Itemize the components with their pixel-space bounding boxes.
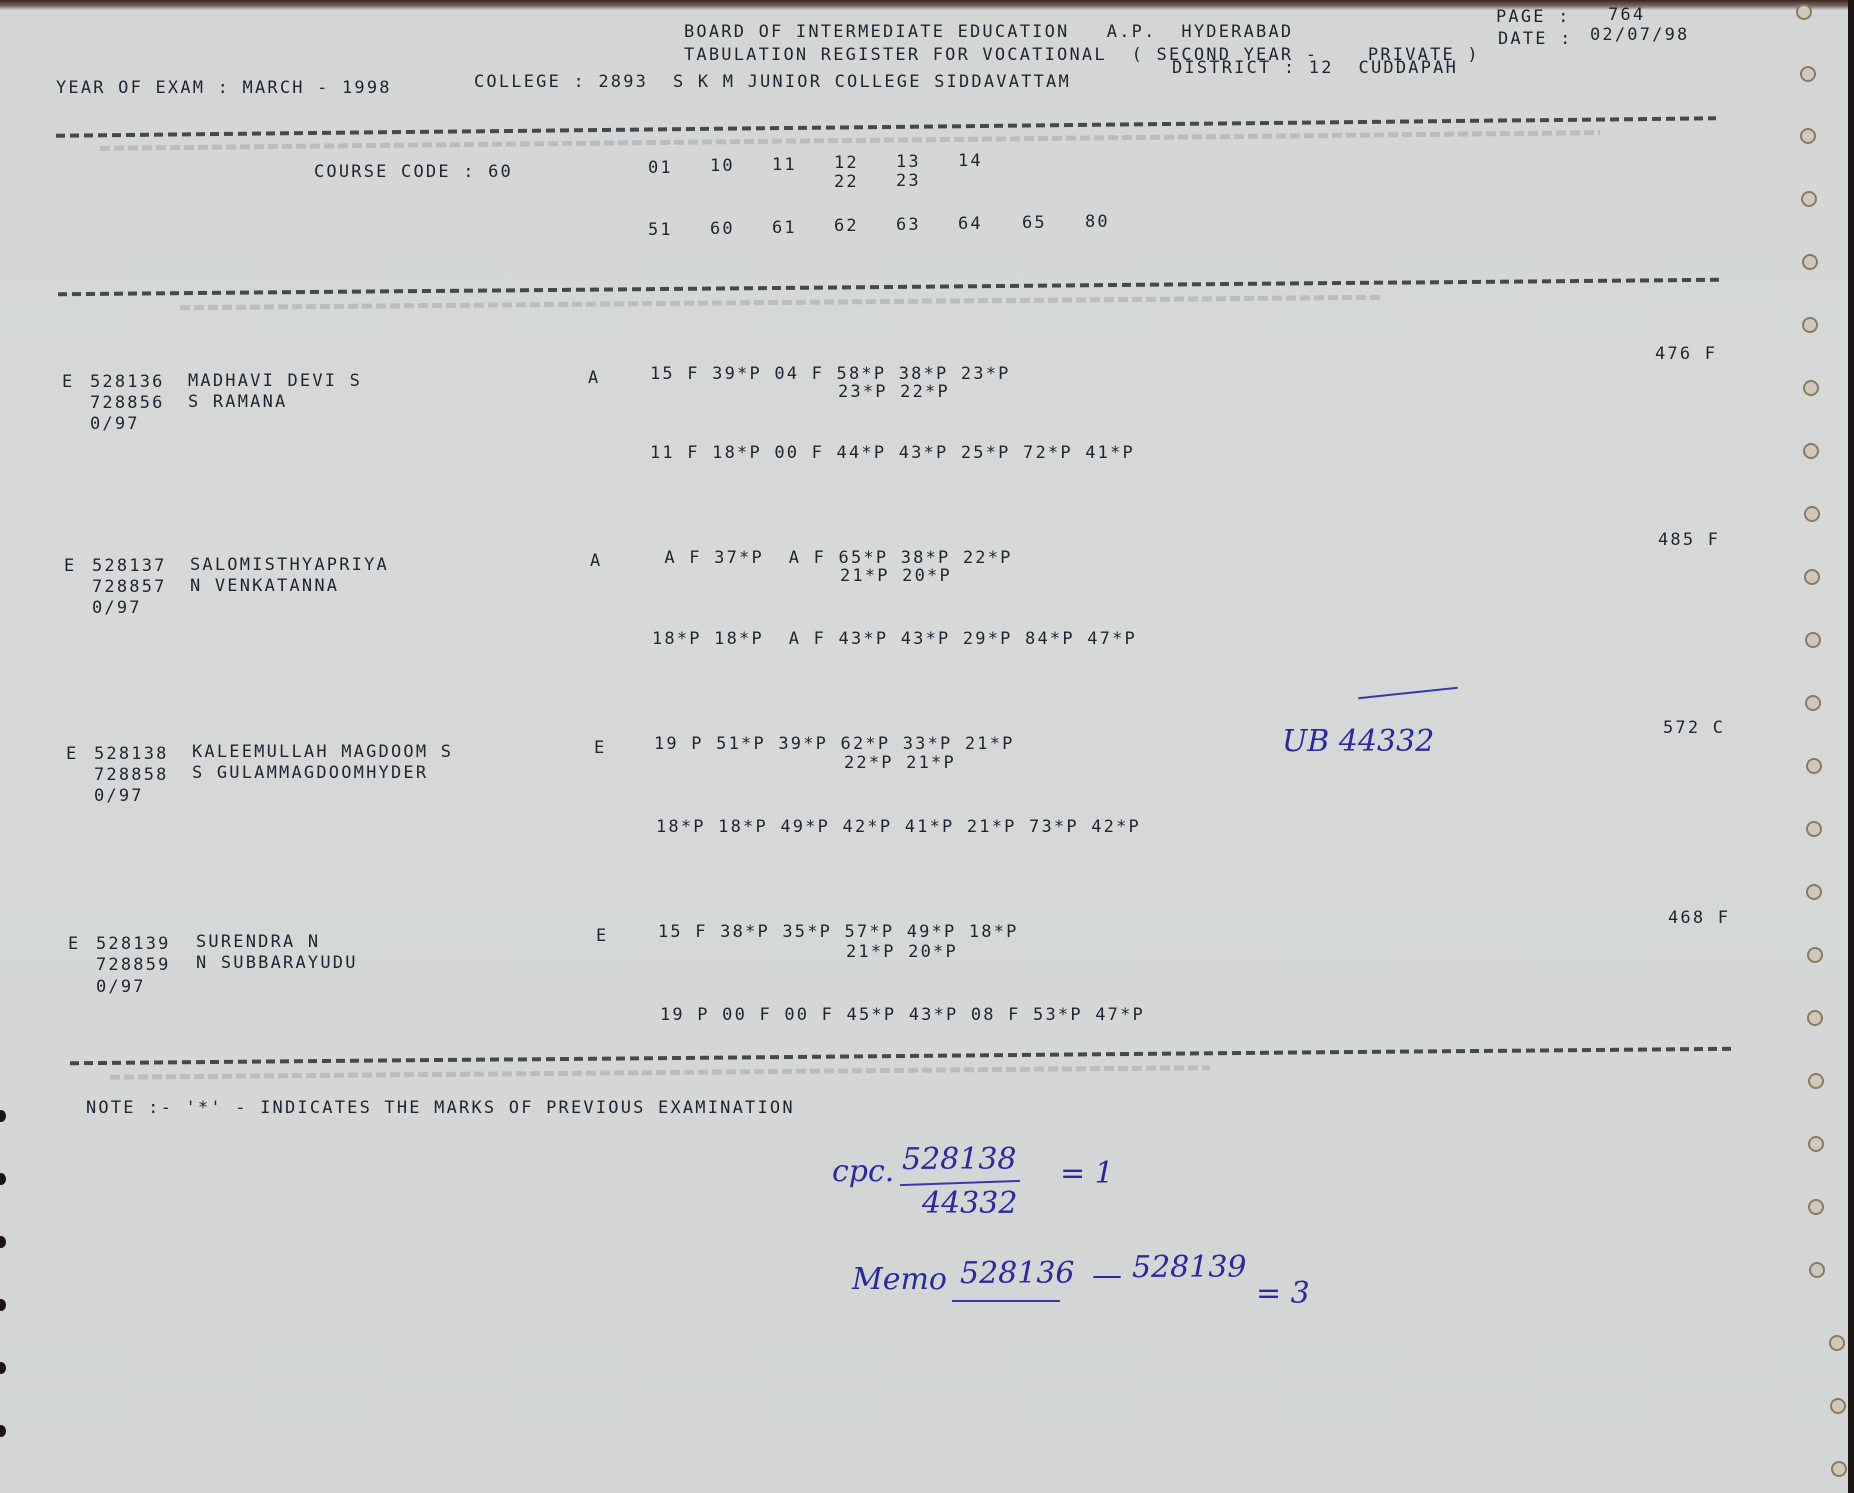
perforation-hole — [1830, 1398, 1846, 1414]
perforation-hole — [1806, 758, 1822, 774]
handwritten-cpc-numerator: 528138 — [902, 1142, 1017, 1177]
code: 80 — [1085, 212, 1110, 232]
code: 64 — [958, 214, 983, 234]
paper-top-edge — [0, 0, 1854, 10]
college-info: COLLEGE : 2893 S K M JUNIOR COLLEGE SIDD… — [474, 72, 1071, 92]
code-sub: 23 — [896, 171, 921, 191]
marks-row1-sub: 21*P 20*P — [846, 942, 958, 962]
total-result: 572 C — [1663, 718, 1725, 738]
edge-hole — [0, 1299, 6, 1311]
edge-hole — [0, 1362, 6, 1374]
year-of-exam: YEAR OF EXAM : MARCH - 1998 — [56, 78, 392, 98]
edge-hole — [0, 1425, 6, 1437]
perforation-hole — [1796, 4, 1812, 20]
perforation-hole — [1804, 569, 1820, 585]
student-name: SALOMISTHYAPRIYA — [190, 555, 389, 575]
perforation-hole — [1805, 695, 1821, 711]
handwritten-memo-label: Memo — [852, 1262, 947, 1297]
perforation-hole — [1808, 1073, 1824, 1089]
perforation-hole — [1804, 506, 1820, 522]
marks-row1: 15 F 39*P 04 F 58*P 38*P 23*P — [650, 364, 1011, 384]
code-sub: 22 — [834, 172, 859, 192]
date-label: DATE : — [1498, 29, 1573, 49]
marks-row2: 11 F 18*P 00 F 44*P 43*P 25*P 72*P 41*P — [650, 443, 1135, 463]
district-info: DISTRICT : 12 CUDDAPAH — [1172, 58, 1458, 78]
ghost-print — [180, 295, 1380, 310]
handwritten-ub-number: UB 44332 — [1282, 724, 1434, 759]
perforation-hole — [1802, 317, 1818, 333]
code: 51 — [648, 220, 673, 240]
handwritten-cpc-denominator: 44332 — [922, 1186, 1017, 1221]
page-label: PAGE : — [1496, 7, 1571, 27]
code: 65 — [1022, 213, 1047, 233]
parent-name: N VENKATANNA — [190, 576, 339, 596]
code: 10 — [710, 156, 735, 176]
separator-course — [58, 278, 1720, 297]
perforation-hole — [1829, 1335, 1845, 1351]
perforation-hole — [1800, 128, 1816, 144]
code: 61 — [772, 218, 797, 238]
perforation-hole — [1809, 1262, 1825, 1278]
course-code-label: COURSE CODE : 60 — [314, 162, 513, 182]
marks-row2: 18*P 18*P 49*P 42*P 41*P 21*P 73*P 42*P — [656, 817, 1141, 837]
code: 01 — [648, 158, 673, 178]
record-prefix: E — [66, 744, 78, 764]
grade: A — [588, 368, 600, 388]
code: 14 — [958, 151, 983, 171]
student-name: SURENDRA N — [196, 932, 320, 952]
print-date: 02/07/98 — [1590, 25, 1689, 45]
marks-row1: A F 37*P A F 65*P 38*P 22*P — [652, 548, 1013, 568]
perforation-hole — [1806, 821, 1822, 837]
student-name: MADHAVI DEVI S — [188, 371, 362, 391]
secondary-id: 728857 — [92, 577, 167, 597]
marks-row1-sub: 21*P 20*P — [840, 566, 952, 586]
perforation-hole — [1801, 191, 1817, 207]
handwritten-memo-result: = 3 — [1256, 1276, 1310, 1311]
roll-number: 528137 — [92, 556, 167, 576]
record-prefix: E — [64, 556, 76, 576]
roll-number: 528136 — [90, 372, 165, 392]
batch: 0/97 — [94, 786, 144, 806]
code: 62 — [834, 216, 859, 236]
perforation-hole — [1805, 632, 1821, 648]
marks-row1: 15 F 38*P 35*P 57*P 49*P 18*P — [658, 922, 1019, 942]
perforation-hole — [1806, 884, 1822, 900]
tabulation-register-sheet: BOARD OF INTERMEDIATE EDUCATION A.P. HYD… — [0, 0, 1854, 1493]
perforation-hole — [1807, 1010, 1823, 1026]
perforation-hole — [1803, 380, 1819, 396]
code: 63 — [896, 215, 921, 235]
paper-right-edge — [1848, 0, 1854, 1493]
total-result: 476 F — [1655, 344, 1717, 364]
marks-row1: 19 P 51*P 39*P 62*P 33*P 21*P — [654, 734, 1015, 754]
roll-number: 528138 — [94, 744, 169, 764]
marks-row1-sub: 23*P 22*P — [838, 382, 950, 402]
perforation-hole — [1831, 1461, 1847, 1477]
record-prefix: E — [68, 934, 80, 954]
parent-name: N SUBBARAYUDU — [196, 953, 358, 973]
pen-stroke — [1358, 687, 1458, 699]
perforation-hole — [1808, 1199, 1824, 1215]
handwritten-dash: — — [1092, 1258, 1122, 1293]
roll-number: 528139 — [96, 934, 171, 954]
code: 11 — [772, 155, 797, 175]
secondary-id: 728856 — [90, 393, 165, 413]
total-result: 468 F — [1668, 908, 1730, 928]
edge-hole — [0, 1236, 6, 1248]
handwritten-memo-to: 528139 — [1132, 1250, 1247, 1285]
board-title: BOARD OF INTERMEDIATE EDUCATION A.P. HYD… — [684, 22, 1293, 42]
grade: A — [590, 551, 602, 571]
footnote: NOTE :- '*' - INDICATES THE MARKS OF PRE… — [86, 1098, 795, 1118]
parent-name: S GULAMMAGDOOMHYDER — [192, 763, 428, 783]
marks-row1-sub: 22*P 21*P — [844, 753, 956, 773]
perforation-hole — [1808, 1136, 1824, 1152]
total-result: 485 F — [1658, 530, 1720, 550]
record-prefix: E — [62, 372, 74, 392]
batch: 0/97 — [90, 414, 140, 434]
marks-row2: 19 P 00 F 00 F 45*P 43*P 08 F 53*P 47*P — [660, 1005, 1145, 1025]
separator-bottom — [70, 1047, 1734, 1066]
ghost-print — [110, 1065, 1210, 1080]
code: 12 — [834, 153, 859, 173]
memo-underline — [952, 1300, 1060, 1302]
grade: E — [596, 926, 608, 946]
perforation-hole — [1802, 254, 1818, 270]
page-number: 764 — [1608, 5, 1645, 25]
secondary-id: 728858 — [94, 765, 169, 785]
edge-hole — [0, 1110, 6, 1122]
code: 13 — [896, 152, 921, 172]
perforation-hole — [1800, 66, 1816, 82]
marks-row2: 18*P 18*P A F 43*P 43*P 29*P 84*P 47*P — [652, 629, 1137, 649]
handwritten-cpc-label: cpc. — [832, 1154, 894, 1189]
edge-hole — [0, 1173, 6, 1185]
batch: 0/97 — [92, 598, 142, 618]
perforation-hole — [1803, 443, 1819, 459]
student-name: KALEEMULLAH MAGDOOM S — [192, 742, 453, 762]
handwritten-cpc-result: = 1 — [1060, 1156, 1114, 1191]
secondary-id: 728859 — [96, 955, 171, 975]
handwritten-memo-from: 528136 — [960, 1256, 1075, 1291]
batch: 0/97 — [96, 977, 146, 997]
parent-name: S RAMANA — [188, 392, 287, 412]
code: 60 — [710, 219, 735, 239]
perforation-hole — [1807, 947, 1823, 963]
grade: E — [594, 738, 606, 758]
